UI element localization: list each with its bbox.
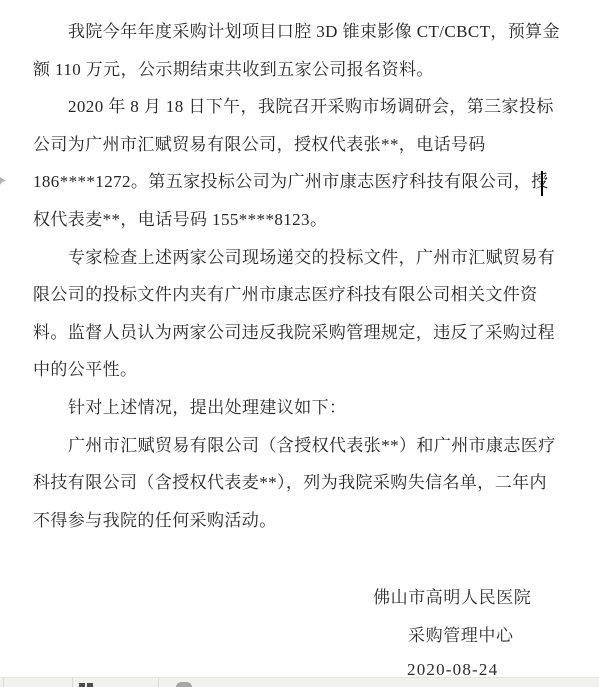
text-line: 专家检查上述两家公司现场递交的投标文件，广州市汇赋贸易有 (33, 239, 573, 277)
taskbar-separator (3, 678, 4, 687)
text-caret (541, 171, 543, 196)
document-page[interactable]: 我院今年年度采购计划项目口腔 3D 锥束影像 CT/CBCT，预算金 额 110… (0, 0, 599, 687)
text-line: 料。监督人员认为两家公司违反我院采购管理规定，违反了采购过程 (33, 314, 573, 352)
taskbar-icon-fragment-dark[interactable] (87, 683, 93, 687)
taskbar-icon-fragment-dark[interactable] (79, 683, 85, 687)
taskbar-separator (72, 678, 73, 687)
text-line: 2020 年 8 月 18 日下午，我院召开采购市场调研会，第三家投标 (33, 88, 573, 126)
text-line: 不得参与我院的任何采购活动。 (33, 502, 573, 540)
text-line: 中的公平性。 (33, 351, 573, 389)
taskbar-separator (158, 678, 159, 687)
mouse-pointer-fragment-icon (0, 177, 6, 185)
text-line: 公司为广州市汇赋贸易有限公司，授权代表张**，电话号码 (33, 126, 573, 164)
text-line: 科技有限公司（含授权代表麦**），列为我院采购失信名单，二年内 (33, 464, 573, 502)
text-line: 限公司的投标文件内夹有广州市康志医疗科技有限公司相关文件资 (33, 276, 573, 314)
text-line: 额 110 万元，公示期结束共收到五家公司报名资料。 (33, 51, 573, 89)
taskbar-strip[interactable] (0, 677, 599, 687)
text-line: 186****1272。第五家投标公司为广州市康志医疗科技有限公司，授 (33, 163, 573, 201)
signature-dept: 采购管理中心 (408, 621, 514, 646)
signature-org: 佛山市高明人民医院 (373, 583, 531, 608)
text-line: 广州市汇赋贸易有限公司（含授权代表张**）和广州市康志医疗 (33, 427, 573, 465)
text-line: 我院今年年度采购计划项目口腔 3D 锥束影像 CT/CBCT，预算金 (33, 13, 573, 51)
text-line: 针对上述情况，提出处理建议如下： (33, 389, 573, 427)
text-line: 权代表麦**，电话号码 155****8123。 (33, 201, 573, 239)
taskbar-icon-fragment-round[interactable] (176, 682, 192, 687)
